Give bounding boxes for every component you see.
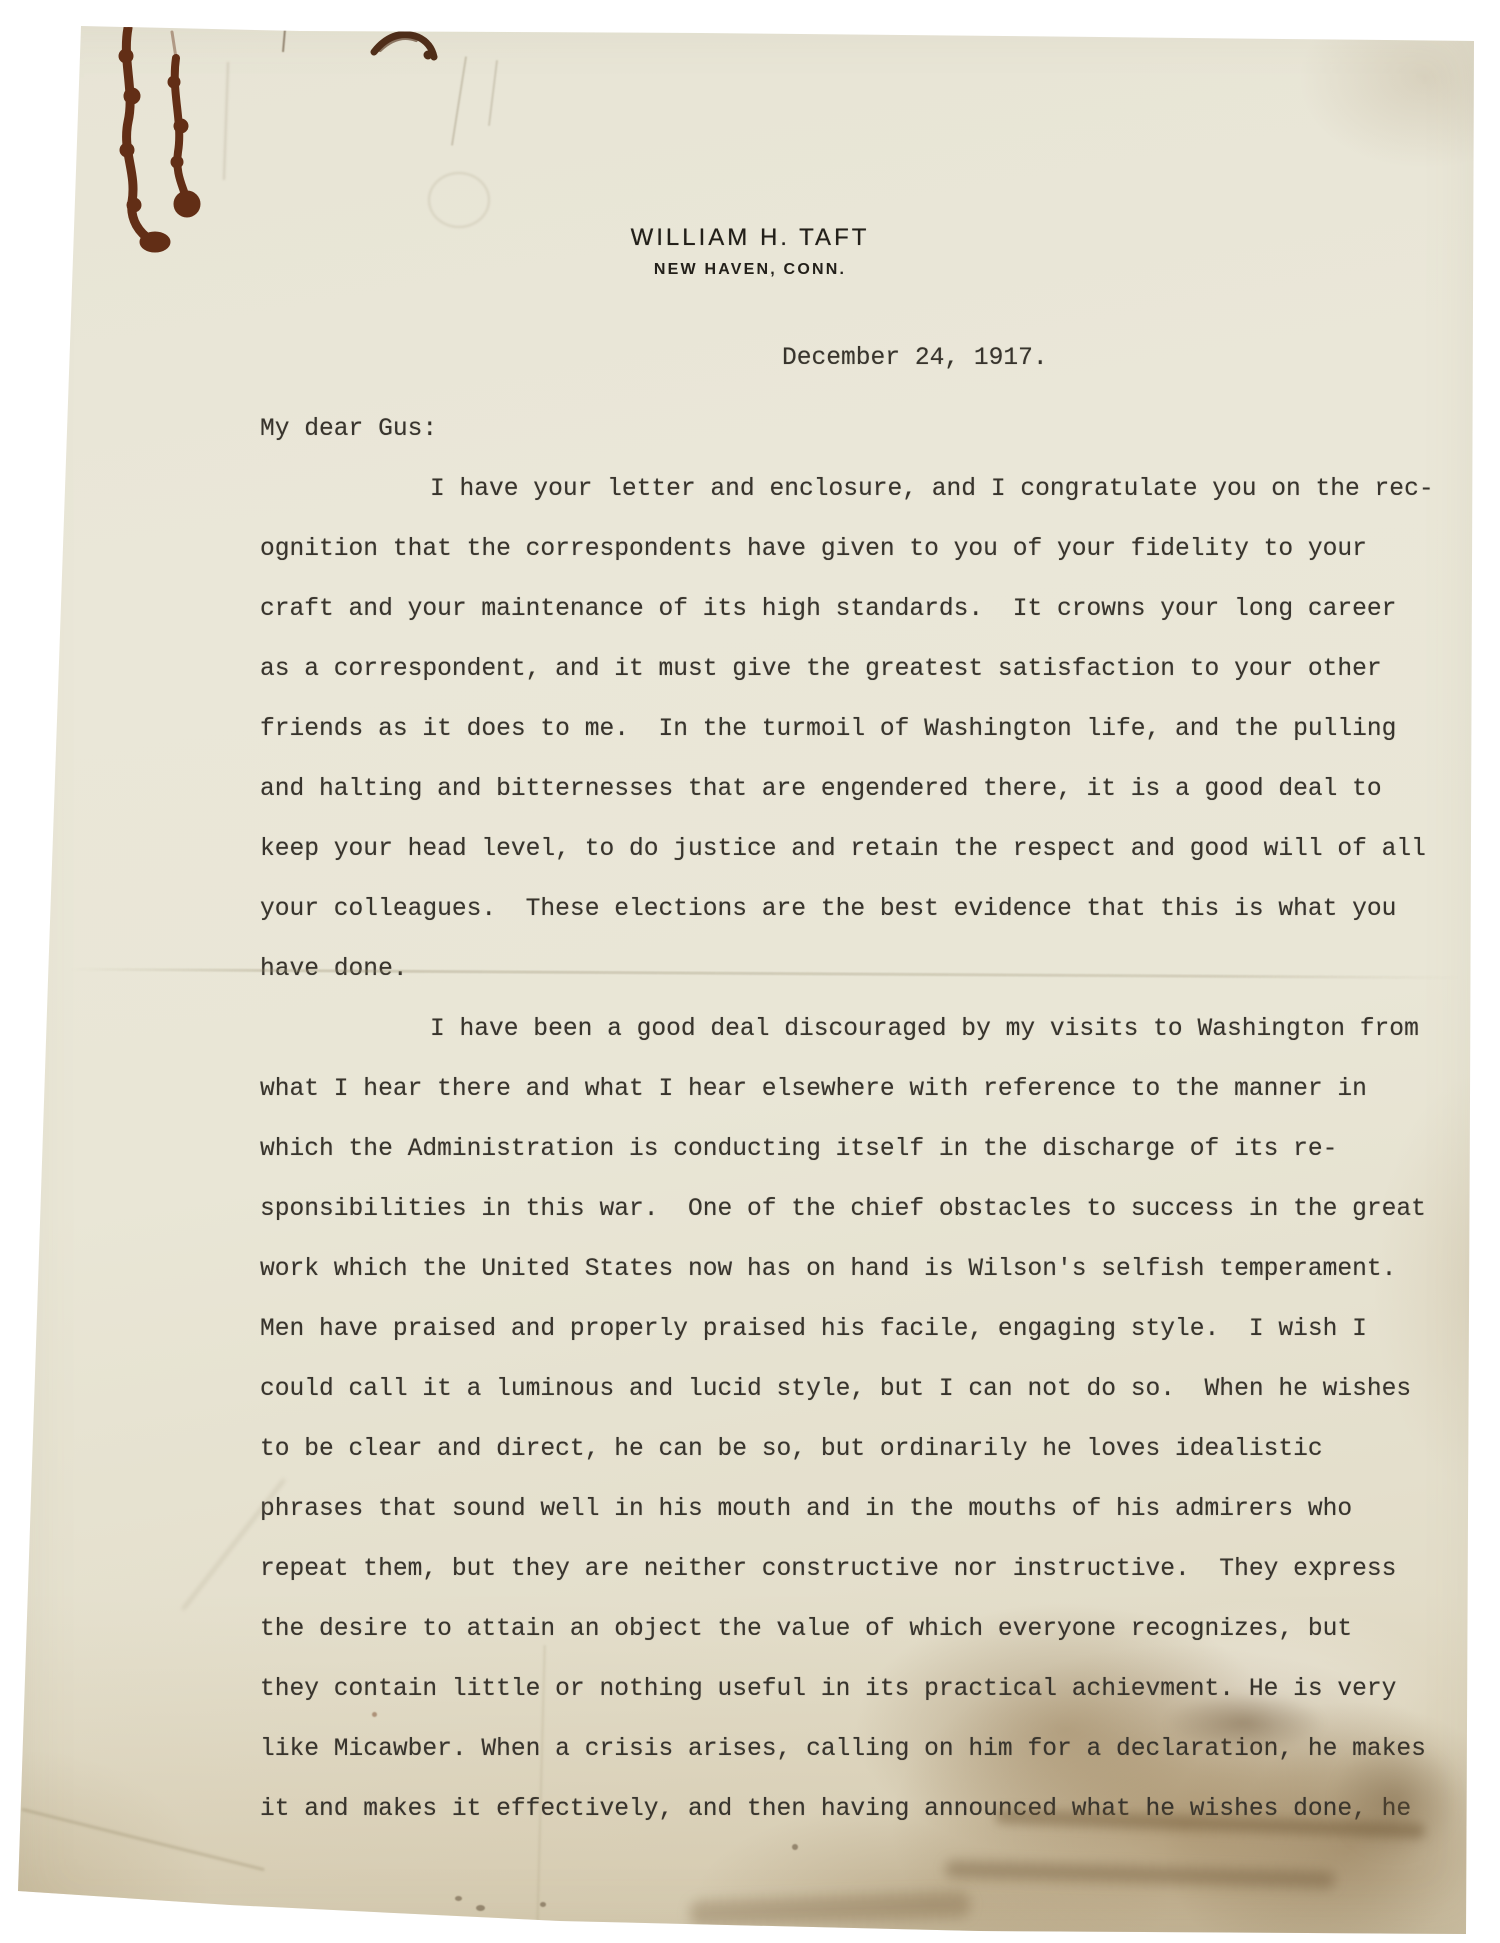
letter-line: and halting and bitternesses that are en… (260, 760, 1460, 820)
letter-line: it and makes it effectively, and then ha… (260, 1780, 1460, 1840)
letter-body: My dear Gus:I have your letter and enclo… (260, 400, 1460, 1840)
letter-line: I have your letter and enclosure, and I … (260, 460, 1460, 520)
letterhead-name: WILLIAM H. TAFT (0, 224, 1500, 252)
letter-line: phrases that sound well in his mouth and… (260, 1480, 1460, 1540)
letter-line: the desire to attain an object the value… (260, 1600, 1460, 1660)
letter-line: keep your head level, to do justice and … (260, 820, 1460, 880)
letter-line: could call it a luminous and lucid style… (260, 1360, 1460, 1420)
letter-line: work which the United States now has on … (260, 1240, 1460, 1300)
letter-line: like Micawber. When a crisis arises, cal… (260, 1720, 1460, 1780)
paper-sheet: WILLIAM H. TAFT NEW HAVEN, CONN. Decembe… (0, 0, 1500, 1943)
letter-line: have done. (260, 940, 1460, 1000)
scanned-letter-page: WILLIAM H. TAFT NEW HAVEN, CONN. Decembe… (0, 0, 1500, 1943)
dirt-speck (792, 1844, 798, 1850)
letter-line: Men have praised and properly praised hi… (260, 1300, 1460, 1360)
letter-line: your colleagues. These elections are the… (260, 880, 1460, 940)
letter-line: craft and your maintenance of its high s… (260, 580, 1460, 640)
letter-line: repeat them, but they are neither constr… (260, 1540, 1460, 1600)
letter-line: to be clear and direct, he can be so, bu… (260, 1420, 1460, 1480)
dirt-speck (372, 1712, 377, 1717)
date-line: December 24, 1917. (782, 345, 1048, 372)
letter-line: friends as it does to me. In the turmoil… (260, 700, 1460, 760)
letter-line: which the Administration is conducting i… (260, 1120, 1460, 1180)
dirt-speck (476, 1905, 485, 1911)
letter-line: as a correspondent, and it must give the… (260, 640, 1460, 700)
letter-line: My dear Gus: (260, 400, 1460, 460)
letter-line: I have been a good deal discouraged by m… (260, 1000, 1460, 1060)
letterhead-location: NEW HAVEN, CONN. (0, 261, 1500, 279)
dirt-speck (540, 1902, 546, 1907)
letter-line: ognition that the correspondents have gi… (260, 520, 1460, 580)
letter-line: they contain little or nothing useful in… (260, 1660, 1460, 1720)
dirt-speck (455, 1896, 462, 1901)
letter-line: what I hear there and what I hear elsewh… (260, 1060, 1460, 1120)
letter-line: sponsibilities in this war. One of the c… (260, 1180, 1460, 1240)
